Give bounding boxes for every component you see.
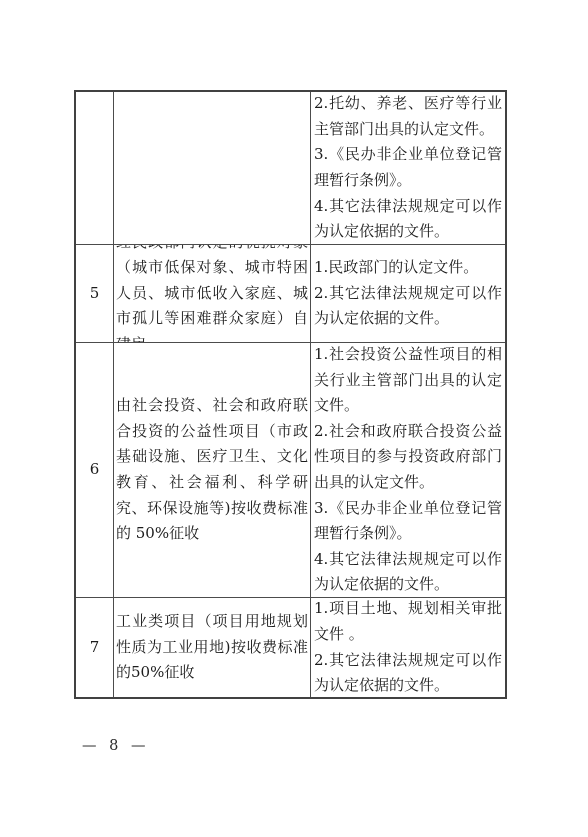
page-number: — 8 — [82,738,149,754]
document-item: 3.《民办非企业单位登记管理暂行条例》。 [314,142,502,193]
recognition-documents-list: 1.社会投资公益性项目的相关行业主管部门出具的认定文件。2.社会和政府联合投资公… [314,343,502,597]
project-category-cell: 由社会投资、社会和政府联合投资的公益性项目（市政基础设施、医疗卫生、文化教育、社… [114,343,311,597]
row-number-cell: 7 [76,598,114,697]
project-category-cell: 经民政部门认定的优抚对象（城市低保对象、城市特困人员、城市低收入家庭、城市孤儿等… [114,245,311,342]
table-row: 6由社会投资、社会和政府联合投资的公益性项目（市政基础设施、医疗卫生、文化教育、… [76,342,505,597]
recognition-documents-cell: 1.民政部门的认定文件。2.其它法律法规规定可以作为认定依据的文件。 [311,245,505,342]
document-item: 2.其它法律法规规定可以作为认定依据的文件。 [314,648,502,698]
document-item: 1.项目土地、规划相关审批文件 。 [314,598,502,648]
document-page: 2.托幼、养老、医疗等行业主管部门出具的认定文件。3.《民办非企业单位登记管理暂… [0,0,588,837]
document-item: 1.社会投资公益性项目的相关行业主管部门出具的认定文件。 [314,343,502,419]
document-item: 2.托幼、养老、医疗等行业主管部门出具的认定文件。 [314,92,502,142]
row-number-cell: 5 [76,245,114,342]
document-item: 1.民政部门的认定文件。 [314,255,502,281]
project-category-text: 经民政部门认定的优抚对象（城市低保对象、城市特困人员、城市低收入家庭、城市孤儿等… [116,245,308,342]
table-row: 7工业类项目（项目用地规划性质为工业用地)按收费标准的50%征收1.项目土地、规… [76,597,505,697]
project-category-text: 由社会投资、社会和政府联合投资的公益性项目（市政基础设施、医疗卫生、文化教育、社… [116,393,308,547]
document-item: 2.其它法律法规规定可以作为认定依据的文件。 [314,281,502,332]
recognition-documents-cell: 2.托幼、养老、医疗等行业主管部门出具的认定文件。3.《民办非企业单位登记管理暂… [311,92,505,244]
row-number-cell: 6 [76,343,114,597]
document-item: 3.《民办非企业单位登记管理暂行条例》。 [314,496,502,547]
recognition-documents-list: 2.托幼、养老、医疗等行业主管部门出具的认定文件。3.《民办非企业单位登记管理暂… [314,92,502,244]
recognition-documents-list: 1.民政部门的认定文件。2.其它法律法规规定可以作为认定依据的文件。 [314,255,502,332]
document-item: 4.其它法律法规规定可以作为认定依据的文件。 [314,194,502,244]
table-row: 5经民政部门认定的优抚对象（城市低保对象、城市特困人员、城市低收入家庭、城市孤儿… [76,244,505,342]
document-item: 4.其它法律法规规定可以作为认定依据的文件。 [314,547,502,597]
recognition-documents-cell: 1.社会投资公益性项目的相关行业主管部门出具的认定文件。2.社会和政府联合投资公… [311,343,505,597]
project-category-cell: 工业类项目（项目用地规划性质为工业用地)按收费标准的50%征收 [114,598,311,697]
document-item: 2.社会和政府联合投资公益性项目的参与投资政府部门出具的认定文件。 [314,419,502,496]
recognition-documents-cell: 1.项目土地、规划相关审批文件 。2.其它法律法规规定可以作为认定依据的文件。 [311,598,505,697]
project-category-text: 工业类项目（项目用地规划性质为工业用地)按收费标准的50%征收 [116,609,308,686]
project-category-cell [114,92,311,244]
fee-reduction-table: 2.托幼、养老、医疗等行业主管部门出具的认定文件。3.《民办非企业单位登记管理暂… [74,90,507,699]
recognition-documents-list: 1.项目土地、规划相关审批文件 。2.其它法律法规规定可以作为认定依据的文件。 [314,598,502,697]
table-row: 2.托幼、养老、医疗等行业主管部门出具的认定文件。3.《民办非企业单位登记管理暂… [76,92,505,244]
row-number-cell [76,92,114,244]
